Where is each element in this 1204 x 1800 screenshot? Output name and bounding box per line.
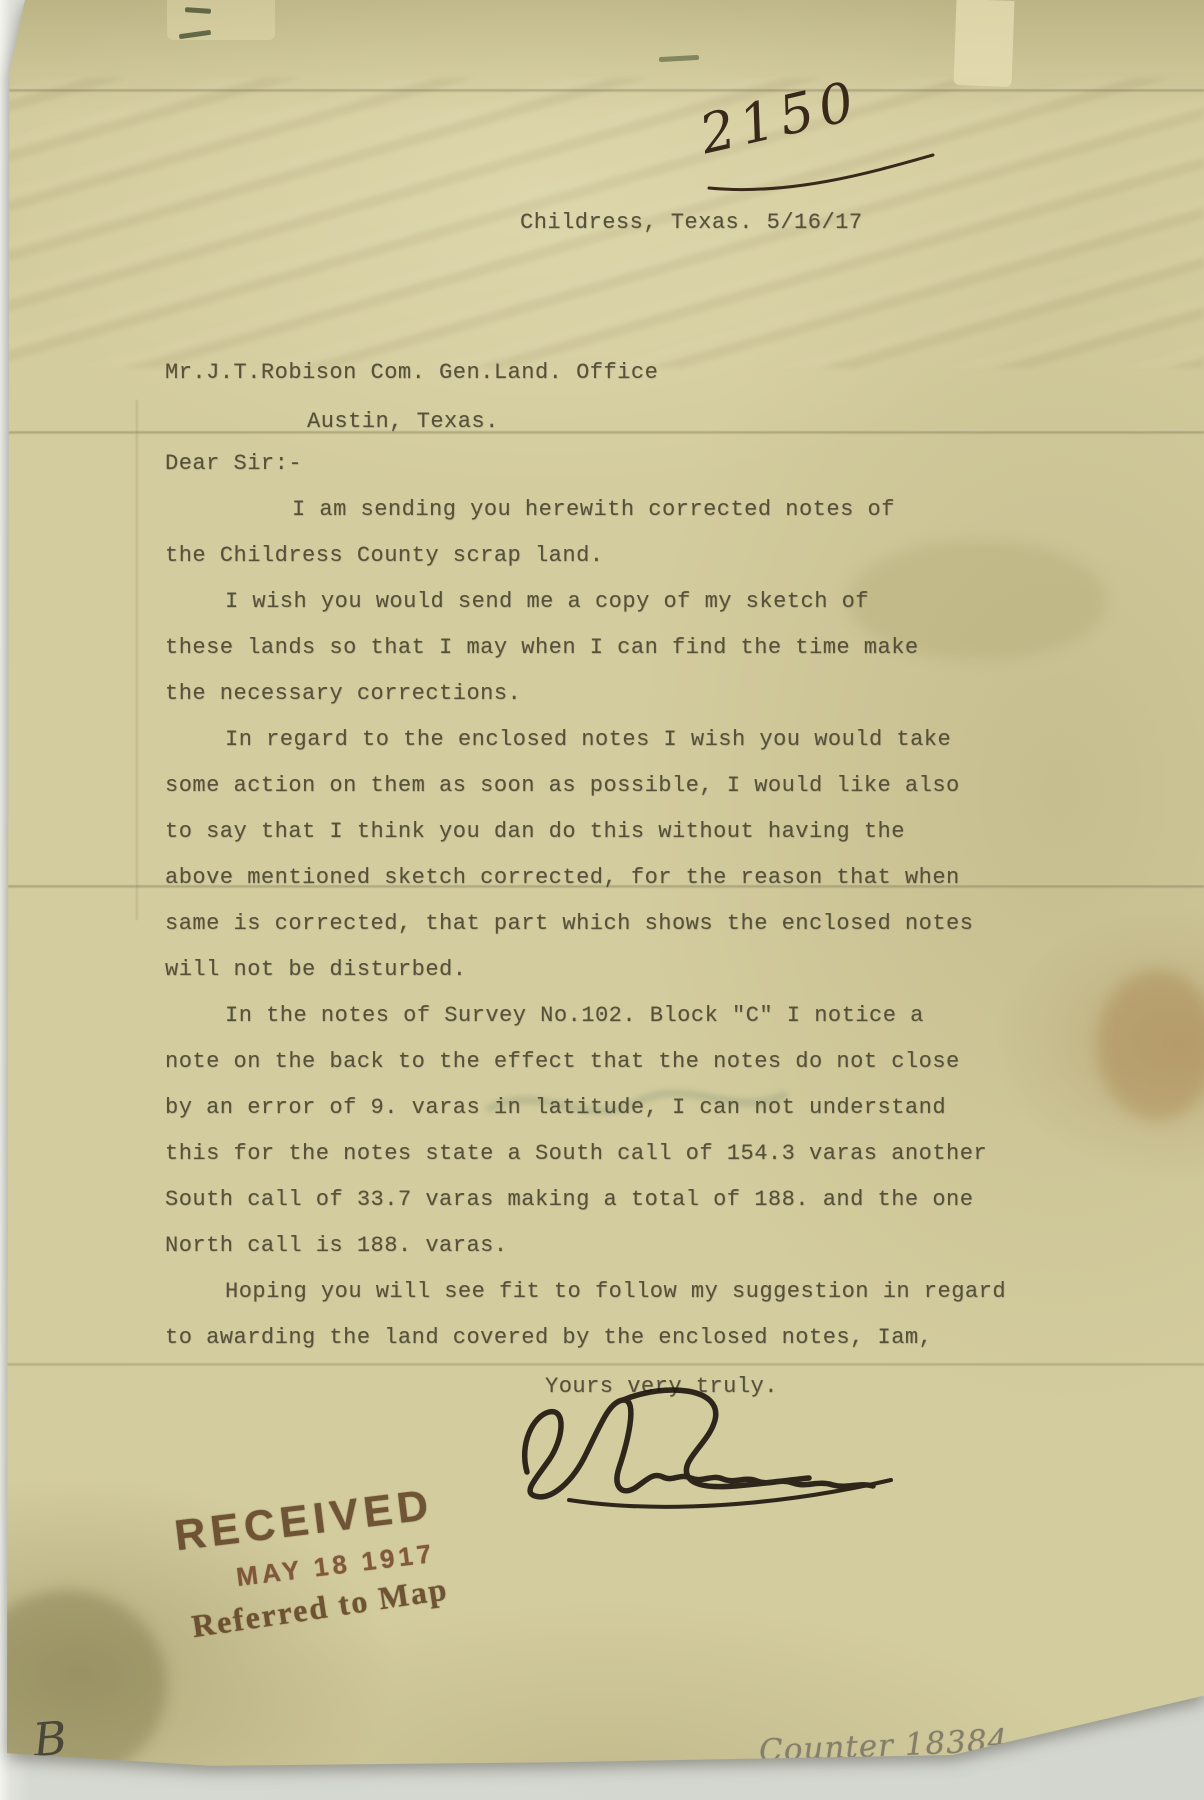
annotation-counter-number: Counter 18384: [758, 1723, 1009, 1770]
typed-line: some action on them as soon as possible,…: [165, 763, 1006, 809]
typed-line: these lands so that I may when I can fin…: [165, 625, 1006, 671]
crease-line: [7, 1362, 1204, 1366]
typed-line: same is corrected, that part which shows…: [165, 901, 1006, 947]
scanned-letter: 2150 Childress, Texas. 5/16/17 Mr.J.T.Ro…: [0, 0, 1204, 1800]
recipient-line-2: Austin, Texas.: [307, 409, 499, 434]
typed-line: In the notes of Survey No.102. Block "C"…: [165, 993, 1006, 1039]
folio-underline-flourish: [705, 152, 937, 194]
typed-line: Hoping you will see fit to follow my sug…: [165, 1269, 1006, 1315]
typed-line: I am sending you herewith corrected note…: [165, 487, 1006, 533]
typed-line: In regard to the enclosed notes I wish y…: [165, 717, 1006, 763]
received-stamp: RECEIVED MAY 18 1917 Referred to Map: [172, 1480, 451, 1642]
typed-line: the Childress County scrap land.: [165, 533, 1006, 579]
stain: [1097, 970, 1204, 1120]
recipient-line-1: Mr.J.T.Robison Com. Gen.Land. Office: [165, 360, 658, 385]
crease-line: [7, 430, 1204, 434]
typed-line: to awarding the land covered by the encl…: [165, 1315, 1006, 1361]
typed-line: the necessary corrections.: [165, 671, 1006, 717]
signature-flourish: [499, 1386, 909, 1514]
typed-line: by an error of 9. varas in latitude, I c…: [165, 1085, 1006, 1131]
typed-line: to say that I think you dan do this with…: [165, 809, 1006, 855]
crease-line: [7, 88, 1204, 92]
typed-line: North call is 188. varas.: [165, 1223, 1006, 1269]
typed-line: South call of 33.7 varas making a total …: [165, 1177, 1006, 1223]
salutation: Dear Sir:-: [165, 451, 302, 476]
letter-paper: 2150 Childress, Texas. 5/16/17 Mr.J.T.Ro…: [7, 0, 1204, 1800]
tape-fragment: [954, 0, 1015, 87]
typed-line: I wish you would send me a copy of my sk…: [165, 579, 1006, 625]
typed-line: above mentioned sketch corrected, for th…: [165, 855, 1006, 901]
typed-line: will not be disturbed.: [165, 947, 1006, 993]
typed-line: note on the back to the effect that the …: [165, 1039, 1006, 1085]
typed-line: this for the notes state a South call of…: [165, 1131, 1006, 1177]
staple-mark: [659, 55, 699, 62]
stain: [0, 1590, 167, 1780]
dateline: Childress, Texas. 5/16/17: [520, 210, 863, 235]
annotation-letter-b: B: [31, 1711, 69, 1768]
typed-body: I am sending you herewith corrected note…: [165, 487, 1006, 1361]
crease-line: [135, 400, 138, 920]
